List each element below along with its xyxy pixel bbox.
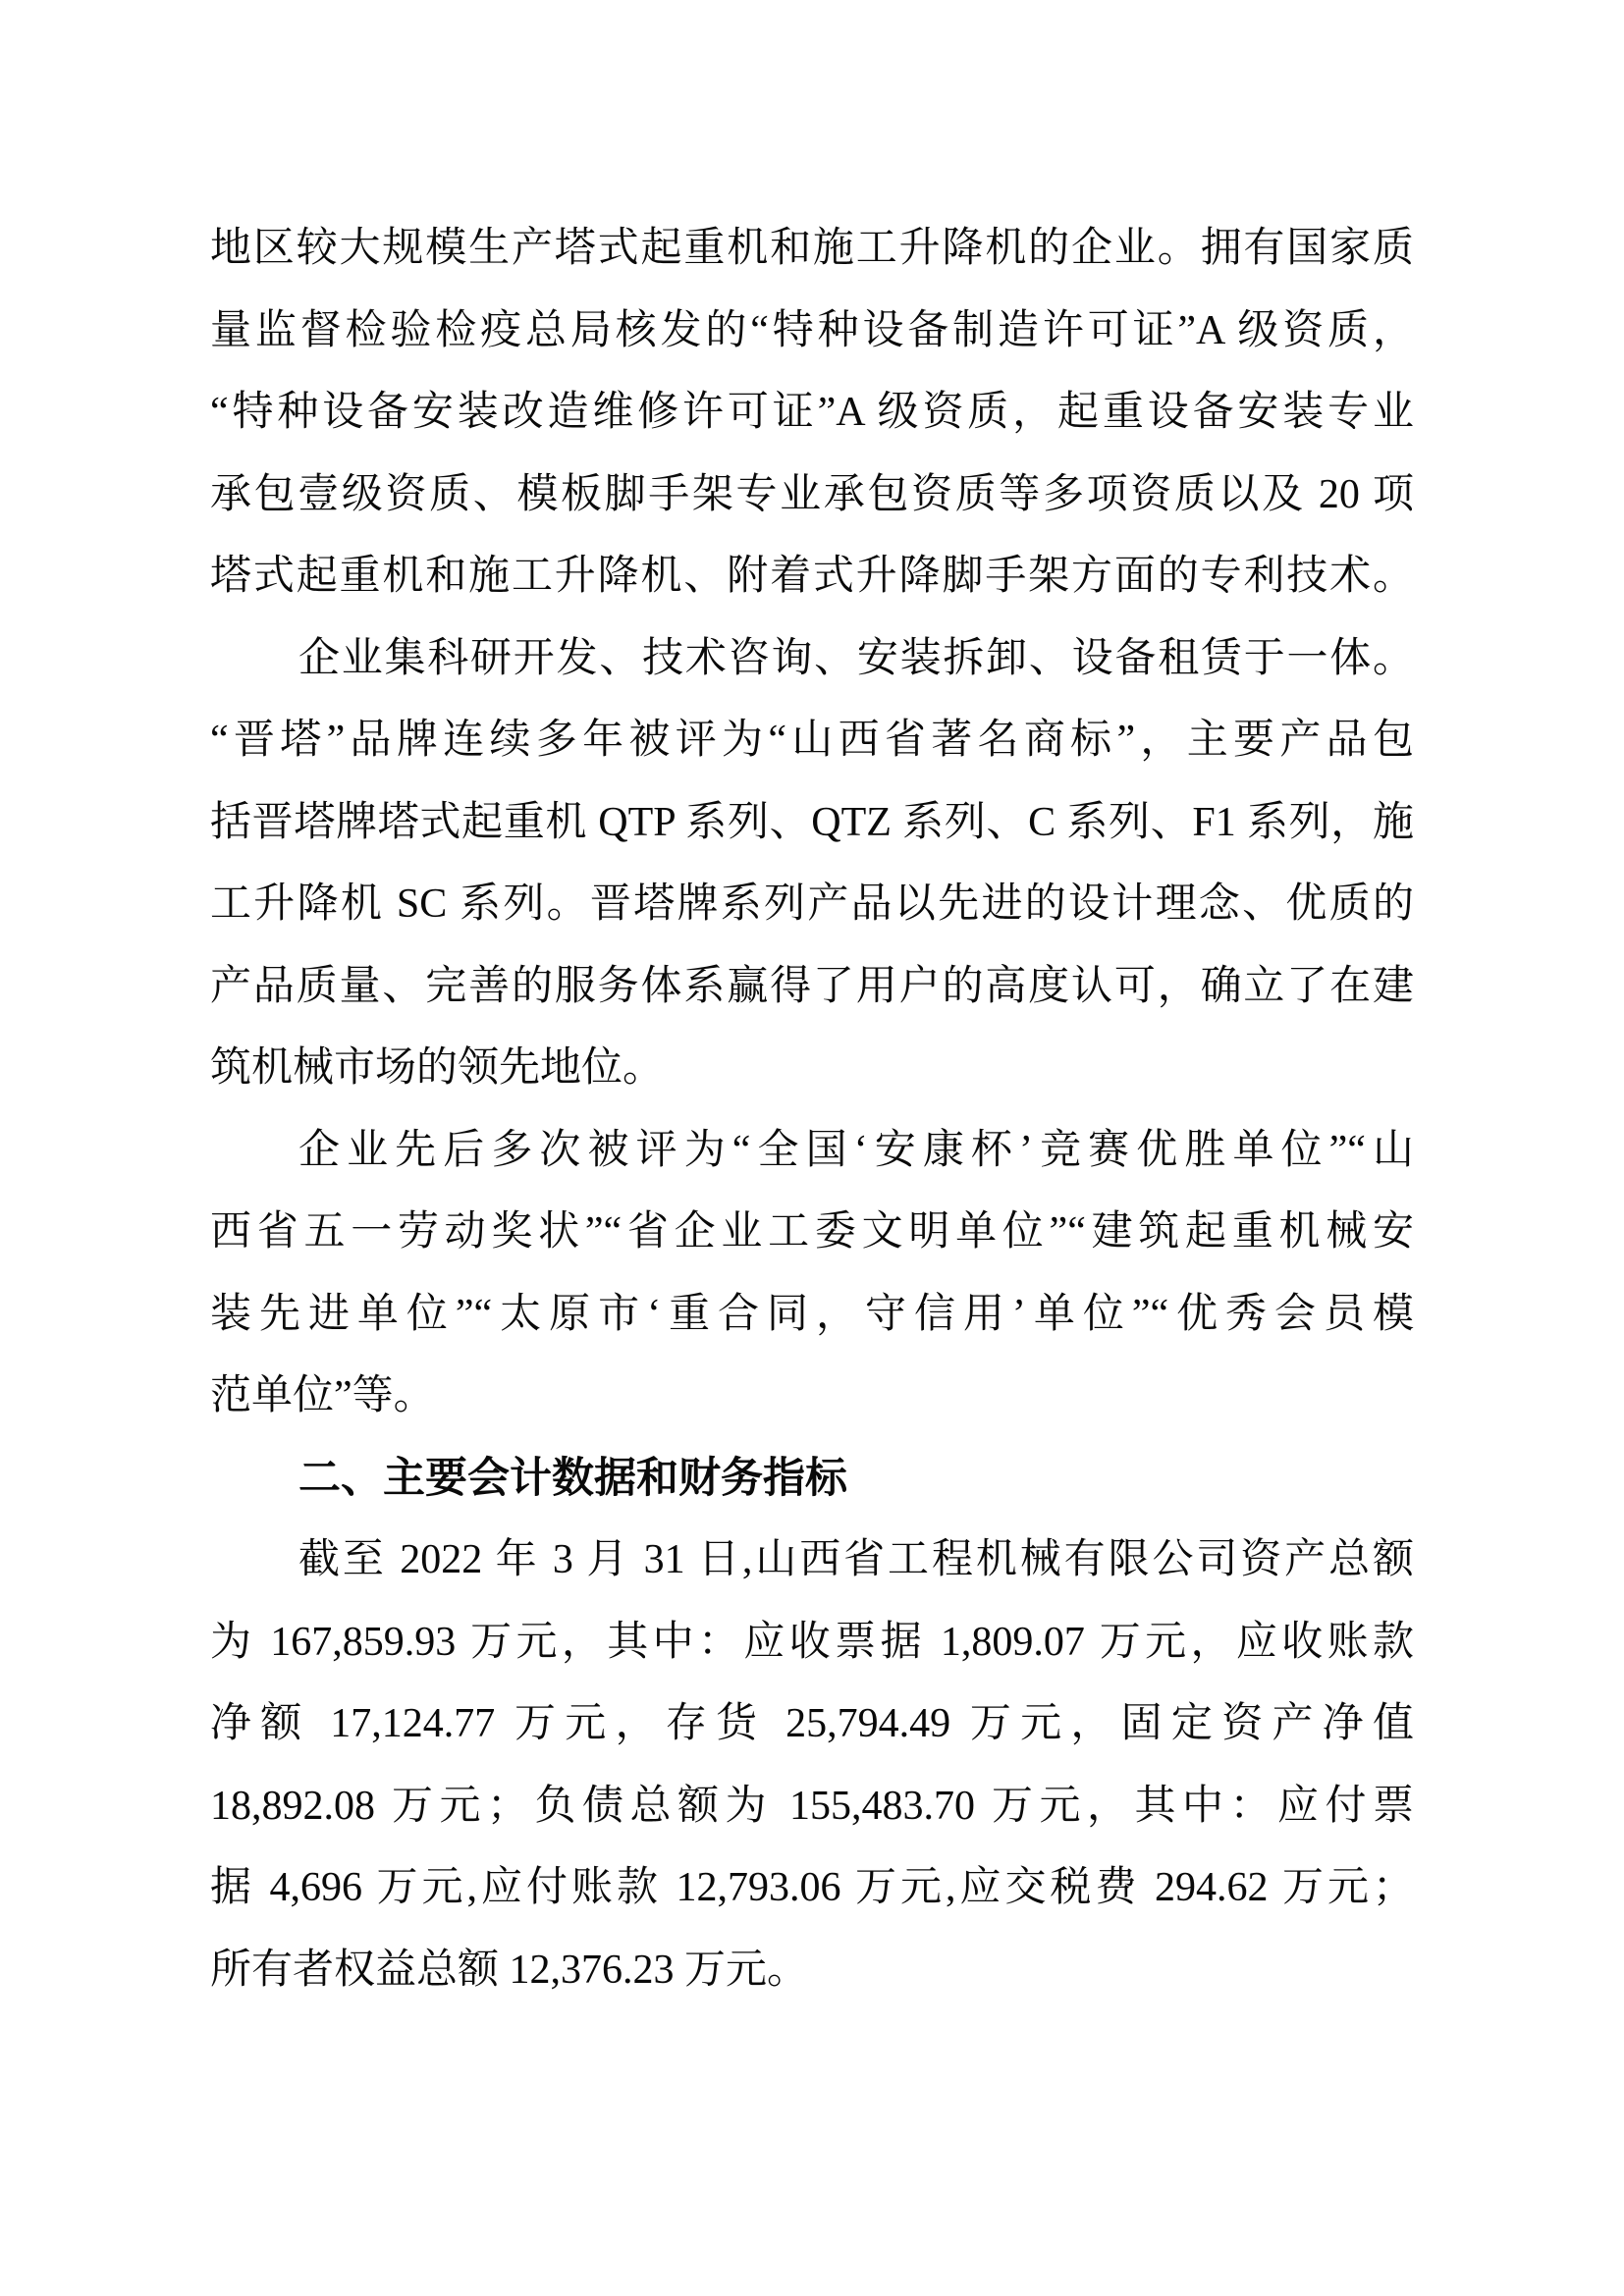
text-line: 18,892.08 万元；负债总额为 155,483.70 万元，其中：应付票	[210, 1766, 1414, 1848]
section-heading: 二、主要会计数据和财务指标	[210, 1438, 1414, 1521]
text-line: 塔式起重机和施工升降机、附着式升降脚手架方面的专利技术。	[210, 536, 1414, 618]
text-line: 所有者权益总额 12,376.23 万元。	[210, 1930, 1414, 2012]
text-line: 地区较大规模生产塔式起重机和施工升降机的企业。拥有国家质	[210, 208, 1414, 291]
text-line: 量监督检验检疫总局核发的“特种设备制造许可证”A 级资质，	[210, 291, 1414, 373]
text-line: “晋塔”品牌连续多年被评为“山西省著名商标”，主要产品包	[210, 700, 1414, 782]
text-line: 截至 2022 年 3 月 31 日,山西省工程机械有限公司资产总额	[210, 1520, 1414, 1602]
text-line: 西省五一劳动奖状”“省企业工委文明单位”“建筑起重机械安	[210, 1192, 1414, 1274]
document-body: 地区较大规模生产塔式起重机和施工升降机的企业。拥有国家质量监督检验检疫总局核发的…	[210, 208, 1414, 2011]
text-line: 装先进单位”“太原市‘重合同，守信用’单位”“优秀会员模	[210, 1274, 1414, 1357]
text-line: 据 4,696 万元,应付账款 12,793.06 万元,应交税费 294.62…	[210, 1847, 1414, 1930]
text-line: 范单位”等。	[210, 1356, 1414, 1438]
text-line: 产品质量、完善的服务体系赢得了用户的高度认可，确立了在建	[210, 946, 1414, 1029]
text-line: “特种设备安装改造维修许可证”A 级资质，起重设备安装专业	[210, 372, 1414, 454]
text-line: 工升降机 SC 系列。晋塔牌系列产品以先进的设计理念、优质的	[210, 864, 1414, 946]
document-page: 地区较大规模生产塔式起重机和施工升降机的企业。拥有国家质量监督检验检疫总局核发的…	[0, 0, 1624, 2296]
text-line: 括晋塔牌塔式起重机 QTP 系列、QTZ 系列、C 系列、F1 系列，施	[210, 782, 1414, 865]
text-line: 筑机械市场的领先地位。	[210, 1028, 1414, 1110]
text-line: 企业先后多次被评为“全国‘安康杯’竞赛优胜单位”“山	[210, 1110, 1414, 1193]
text-line: 企业集科研开发、技术咨询、安装拆卸、设备租赁于一体。	[210, 618, 1414, 701]
text-line: 为 167,859.93 万元，其中：应收票据 1,809.07 万元，应收账款	[210, 1602, 1414, 1684]
text-line: 承包壹级资质、模板脚手架专业承包资质等多项资质以及 20 项	[210, 454, 1414, 537]
text-line: 净额 17,124.77 万元，存货 25,794.49 万元，固定资产净值	[210, 1683, 1414, 1766]
